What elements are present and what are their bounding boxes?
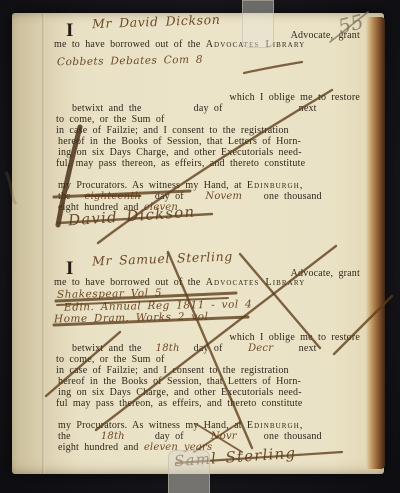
betwixt-text: betwixt and the <box>72 103 142 114</box>
form2-sign-month-handwritten: Novr <box>211 431 237 442</box>
form2-failzie-line: in case of Failzie; and I consent to the… <box>56 365 289 376</box>
form2-return-month-handwritten: Decr <box>248 343 273 354</box>
gutter-crease <box>42 13 45 474</box>
form2-betwixt-line: betwixt and the18thday ofDecrnext <box>72 343 317 354</box>
the-text: the <box>58 431 71 442</box>
form1-procurators-line: my Procurators. As witness my Hand, at E… <box>58 180 303 191</box>
form1-tocome-line: to come, or the Sum of <box>56 114 165 125</box>
procurators-text: my Procurators. As witness my Hand, at <box>58 180 247 191</box>
form1-hereof-line: hereof in the Books of Session, that Let… <box>58 136 301 147</box>
one-thousand-text: one thousand <box>264 191 322 202</box>
day-of-text: day of <box>155 191 184 202</box>
form1-signature: David Dickson <box>68 211 195 224</box>
day-of-text: day of <box>194 103 223 114</box>
edinburgh-name: Edinburgh, <box>247 180 304 191</box>
form1-restore-line: which I oblige me to restore <box>229 92 360 103</box>
form2-horning-line: ing on six Days Charge, and other Execut… <box>58 387 302 398</box>
form1-sign-month-handwritten: Novem <box>205 191 242 202</box>
eight-hundred-text: eight hundred and <box>58 442 139 453</box>
procurators-text: my Procurators. As witness my Hand, at <box>58 420 247 431</box>
form1-book-entry: Cobbets Debates Com 8 <box>57 55 203 69</box>
form1-date-line: theeighteenthday ofNovemone thousand <box>58 191 322 202</box>
form2-borrower-name-handwritten: Mr Samuel Sterling <box>92 251 233 267</box>
mounting-tab-bottom <box>168 450 210 493</box>
form1-betwixt-line: betwixt and theday ofnext <box>72 103 317 114</box>
initial-capital: I <box>66 20 74 41</box>
advocates-library-name: Advocates Library <box>206 277 306 288</box>
form1-failzie-line: in case of Failzie; and I consent to the… <box>56 125 289 136</box>
betwixt-text: betwixt and the <box>72 343 142 354</box>
borrowing-form-1: I Mr David Dickson Advocate, grant me to… <box>52 22 364 247</box>
signature-david-dickson: David Dickson <box>68 207 196 227</box>
initial-capital: I <box>66 258 74 279</box>
book-fore-edge <box>366 17 385 469</box>
form2-date-line: the18thday ofNovrone thousand <box>58 431 322 442</box>
day-of-text: day of <box>155 431 184 442</box>
form1-ful-line: ful, may pass thereon, as effeirs, and t… <box>56 158 305 169</box>
day-of-text: day of <box>194 343 223 354</box>
next-text: next <box>299 343 317 354</box>
photograph-of-register-page: { "photo": { "pencil_shelf_mark": "55" }… <box>0 0 400 493</box>
the-text: the <box>58 191 71 202</box>
form2-hereof-line: hereof in the Books of Session, that Let… <box>58 376 301 387</box>
one-thousand-text: one thousand <box>264 431 322 442</box>
edinburgh-name: Edinburgh, <box>247 420 304 431</box>
form2-tocome-line: to come, or the Sum of <box>56 354 165 365</box>
form1-borrower-name-handwritten: Mr David Dickson <box>92 14 221 29</box>
form2-book-entry-1: Shakespear Vol 5 <box>57 288 162 301</box>
form2-return-day-handwritten: 18th <box>156 343 180 354</box>
form2-borrowed-line: me to have borrowed out of the Advocates… <box>54 277 305 288</box>
mounting-tab-top <box>242 0 274 48</box>
form2-procurators-line: my Procurators. As witness my Hand, at E… <box>58 420 303 431</box>
form2-ful-line: ful may pass thereon, as effeirs, and th… <box>56 398 303 409</box>
form2-sign-day-handwritten: 18th <box>101 431 125 442</box>
borrowed-prefix-text: me to have borrowed out of the <box>54 39 206 50</box>
next-text: next <box>299 103 317 114</box>
borrowed-prefix-text: me to have borrowed out of the <box>54 277 206 288</box>
form1-sign-day-handwritten: eighteenth <box>84 191 141 202</box>
form2-book-entry-3: Home Dram. Works 2 vol <box>54 312 209 326</box>
form2-restore-line: which I oblige me to restore <box>229 332 360 343</box>
form1-horning-line: ing on six Days Charge, and other Execut… <box>58 147 302 158</box>
